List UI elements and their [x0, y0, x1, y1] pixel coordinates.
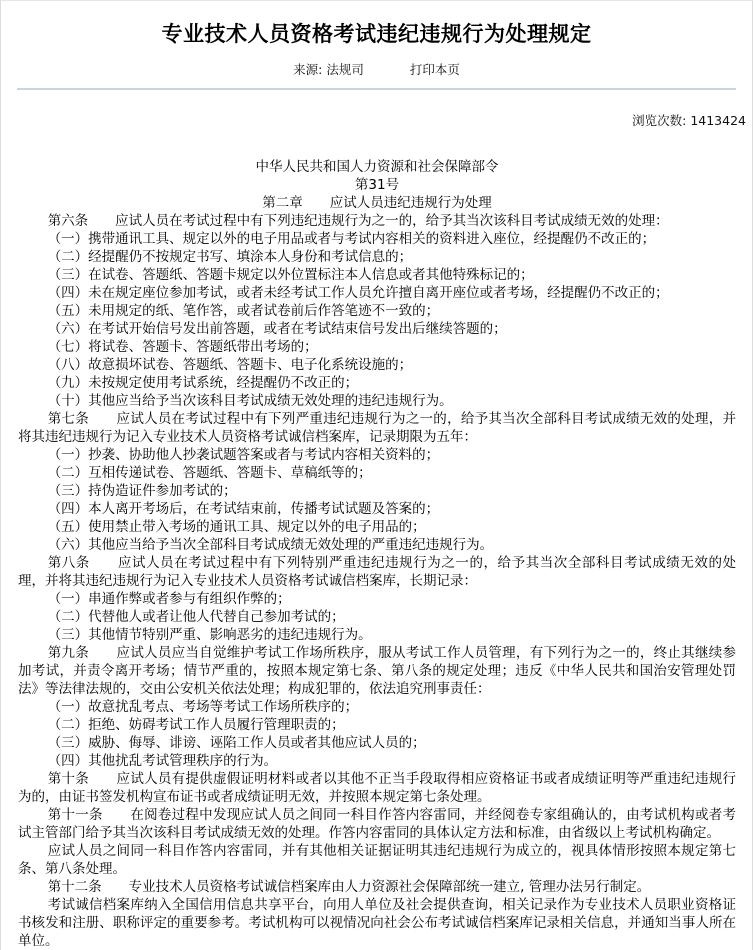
view-count-label: 浏览次数: [632, 113, 686, 128]
page-container: 专业技术人员资格考试违纪违规行为处理规定 来源: 法规司打印本页 浏览次数: 1… [0, 0, 753, 950]
doc-paragraph: 第七条 应试人员在考试过程中有下列严重违纪违规行为之一的，给予其当次全部科目考试… [18, 410, 736, 446]
doc-paragraph: （三）威胁、侮辱、诽谤、诬陷工作人员或者其他应试人员的； [18, 734, 736, 752]
page-title: 专业技术人员资格考试违纪违规行为处理规定 [1, 22, 752, 47]
doc-paragraph: 第九条 应试人员应当自觉维护考试工作场所秩序，服从考试工作人员管理，有下列行为之… [18, 644, 736, 698]
doc-paragraph: （一）故意扰乱考点、考场等考试工作场所秩序的； [18, 698, 736, 716]
doc-paragraph: （三）持伪造证件参加考试的； [18, 482, 736, 500]
doc-paragraph: 第十二条 专业技术人员资格考试诚信档案库由人力资源社会保障部统一建立, 管理办法… [18, 878, 736, 896]
doc-paragraph: （二）代替他人或者让他人代替自己参加考试的； [18, 608, 736, 626]
doc-heading-line: 第二章 应试人员违纪违规行为处理 [18, 194, 736, 212]
doc-paragraph: （四）未在规定座位参加考试，或者未经考试工作人员允许擅自离开座位或者考场，经提醒… [18, 284, 736, 302]
view-count-value: 1413424 [690, 113, 746, 128]
doc-paragraph: （七）将试卷、答题卡、答题纸带出考场的； [18, 338, 736, 356]
doc-paragraph: （六）其他应当给予当次全部科目考试成绩无效处理的严重违纪违规行为。 [18, 536, 736, 554]
doc-paragraph: （一）抄袭、协助他人抄袭试题答案或者与考试内容相关资料的； [18, 446, 736, 464]
doc-paragraph: （八）故意损坏试卷、答题纸、答题卡、电子化系统设施的； [18, 356, 736, 374]
doc-paragraph: 第十条 应试人员有提供虚假证明材料或者以其他不正当手段取得相应资格证书或者成绩证… [18, 770, 736, 806]
source-label: 来源: 法规司 [293, 62, 364, 77]
doc-paragraph: 第八条 应试人员在考试过程中有下列特别严重违纪违规行为之一的，给予其当次全部科目… [18, 554, 736, 590]
header-divider [17, 88, 736, 90]
doc-paragraph: （四）其他扰乱考试管理秩序的行为。 [18, 752, 736, 770]
doc-paragraph: （三）其他情节特别严重、影响恶劣的违纪违规行为。 [18, 626, 736, 644]
doc-paragraph: （五）使用禁止带入考场的通讯工具、规定以外的电子用品的； [18, 518, 736, 536]
doc-paragraph: （二）互相传递试卷、答题纸、答题卡、草稿纸等的； [18, 464, 736, 482]
doc-paragraph: （五）未用规定的纸、笔作答，或者试卷前后作答笔迹不一致的； [18, 302, 736, 320]
print-page-link[interactable]: 打印本页 [410, 62, 460, 77]
doc-paragraph: （三）在试卷、答题纸、答题卡规定以外位置标注本人信息或者其他特殊标记的； [18, 266, 736, 284]
article-meta: 来源: 法规司打印本页 [1, 62, 752, 77]
view-count-row: 浏览次数: 1413424 [1, 113, 752, 128]
doc-paragraph: （二）经提醒仍不按规定书写、填涂本人身份和考试信息的； [18, 248, 736, 266]
doc-paragraph: （一）携带通讯工具、规定以外的电子用品或者与考试内容相关的资料进入座位，经提醒仍… [18, 230, 736, 248]
doc-paragraph: （十）其他应当给予当次该科目考试成绩无效处理的违纪违规行为。 [18, 392, 736, 410]
document-body: 中华人民共和国人力资源和社会保障部令第31号第二章 应试人员违纪违规行为处理第六… [18, 158, 736, 950]
doc-paragraph: 第六条 应试人员在考试过程中有下列违纪违规行为之一的，给予其当次该科目考试成绩无… [18, 212, 736, 230]
doc-paragraph: （二）拒绝、妨碍考试工作人员履行管理职责的； [18, 716, 736, 734]
doc-paragraph: 应试人员之间同一科目作答内容雷同，并有其他相关证据证明其违纪违规行为成立的，视具… [18, 842, 736, 878]
doc-paragraph: （九）未按规定使用考试系统，经提醒仍不改正的； [18, 374, 736, 392]
doc-paragraph: （一）串通作弊或者参与有组织作弊的； [18, 590, 736, 608]
doc-heading-line: 中华人民共和国人力资源和社会保障部令 [18, 158, 736, 176]
doc-paragraph: 考试诚信档案库纳入全国信用信息共享平台，向用人单位及社会提供查询，相关记录作为专… [18, 896, 736, 950]
doc-heading-line: 第31号 [18, 176, 736, 194]
doc-paragraph: 第十一条 在阅卷过程中发现应试人员之间同一科目作答内容雷同，并经阅卷专家组确认的… [18, 806, 736, 842]
doc-paragraph: （四）本人离开考场后，在考试结束前，传播考试试题及答案的； [18, 500, 736, 518]
doc-paragraph: （六）在考试开始信号发出前答题，或者在考试结束信号发出后继续答题的； [18, 320, 736, 338]
